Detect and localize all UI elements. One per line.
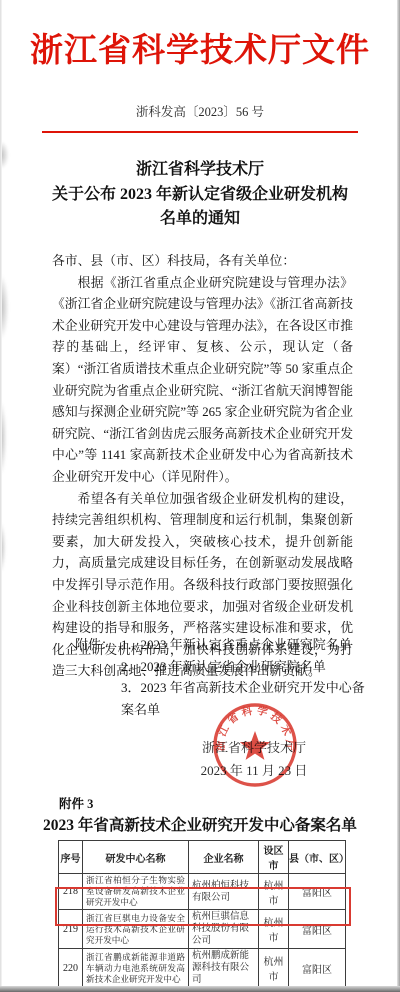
col-header-company: 企业名称 (189, 841, 259, 874)
row-highlight-box (55, 887, 351, 926)
seal-star-icon (240, 731, 270, 760)
attachments-label: 附件： (75, 634, 121, 656)
district: 富阳区 (289, 949, 346, 988)
table-header-row: 序号 研发中心名称 企业名称 设区市 县（市、区） (59, 841, 346, 874)
col-header-district: 县（市、区） (289, 841, 346, 874)
letterhead-title: 浙江省科学技术厅文件 (0, 24, 400, 71)
col-header-no: 序号 (59, 841, 83, 874)
table-row: 220 浙江省鹏成新能源非道路车辆动力电池系统研发高新技术企业研究开发中心 杭州… (59, 949, 346, 988)
annex-table-title: 2023 年省高新技术企业研究开发中心备案名单 (0, 813, 400, 835)
row-no: 220 (59, 949, 83, 988)
attachment-item: 1．2023 年新认定省重点企业研究院名单 (121, 634, 352, 656)
annex-label: 附件 3 (59, 794, 93, 812)
salutation: 各市、县（市、区）科技局，各有关单位： (52, 251, 353, 273)
company-name: 杭州鹏成新能源科技有限公司 (189, 949, 259, 988)
col-header-center: 研发中心名称 (83, 841, 189, 874)
document-page: 浙江省科学技术厅文件 浙科发高〔2023〕56 号 浙江省科学技术厅 关于公布 … (0, 0, 400, 992)
attachment-item: 2．2023 年新认定省企业研究院名单 (121, 656, 326, 678)
red-divider (42, 131, 358, 133)
body-paragraph: 根据《浙江省重点企业研究院建设与管理办法》《浙江省企业研究院建设与管理办法》《浙… (52, 273, 353, 489)
notice-body: 各市、县（市、区）科技局，各有关单位： 根据《浙江省重点企业研究院建设与管理办法… (52, 251, 353, 683)
official-seal: 浙江省科学技术厅 (209, 699, 301, 791)
notice-title-line-1: 浙江省科学技术厅 (0, 158, 400, 183)
col-header-city: 设区市 (259, 841, 289, 874)
notice-title-line-3: 名单的通知 (0, 207, 400, 232)
document-number: 浙科发高〔2023〕56 号 (0, 102, 400, 120)
city: 杭州市 (259, 949, 289, 988)
page-edge-shadow (0, 986, 400, 992)
center-name: 浙江省鹏成新能源非道路车辆动力电池系统研发高新技术企业研究开发中心 (83, 949, 189, 988)
notice-title-line-2: 关于公布 2023 年新认定省级企业研发机构 (0, 183, 400, 208)
notice-title: 浙江省科学技术厅 关于公布 2023 年新认定省级企业研发机构 名单的通知 (0, 158, 400, 232)
page-edge-shadow (0, 0, 2, 992)
